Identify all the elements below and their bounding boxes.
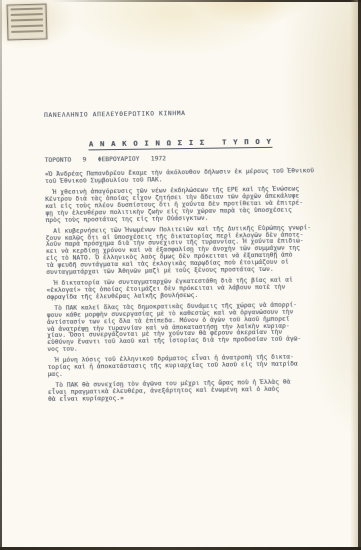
paragraph: Ἡ μόνη λύσις τοῦ ἑλληνικοῦ δράματος εἶνα… [47,354,335,379]
paragraph: Αἱ κυβερνήσεις τῶν Ἡνωμένων Πολιτειῶν κα… [46,225,335,277]
scan-edge-right-shade [350,0,358,550]
scan-edge-left [0,0,2,550]
document-body: «Ὁ Ἀνδρέας Παπανδρέου ἔκαμε τὴν ἀκόλουθο… [45,168,336,404]
text-line: συνταγματάρχαι τῶν Ἀθηνῶν μαζὶ μὲ τοὺς ξ… [46,266,334,277]
archive-stamp [7,3,48,40]
press-release-title: Α Ν Α Κ Ο Ι Ν Ω Σ Ι Σ Τ Υ Π Ο Υ [89,137,272,151]
scan-edge-top [0,0,361,2]
organization-name: ΠΑΝΕΛΛΗΝΙΟ ΑΠΕΛΕΥΘΕΡΩΤΙΚΟ ΚΙΝΗΜΑ [44,108,332,119]
paragraph: «Ὁ Ἀνδρέας Παπανδρέου ἔκαμε τὴν ἀκόλουθο… [45,168,333,186]
paragraph: Τὸ ΠΑΚ καλεῖ ὅλας τὰς δημοκρατικὰς δυνάμ… [47,302,336,354]
title-row: Α Ν Α Κ Ο Ι Ν Ω Σ Ι Σ Τ Υ Π Ο Υ [36,128,324,151]
text-line: σφραγῖδα τῆς ἐλευθέρας λαϊκῆς βουλήσεως. [46,291,334,302]
scanned-document-page: ΠΑΝΕΛΛΗΝΙΟ ΑΠΕΛΕΥΘΕΡΩΤΙΚΟ ΚΙΝΗΜΑ Α Ν Α Κ… [0,0,361,550]
stamp-text-lines [11,8,44,37]
paragraph: Τὸ ΠΑΚ θὰ συνεχίσῃ τὸν ἀγῶνα του μέχρι τ… [48,379,336,404]
paragraph: Ἡ χθεσινὴ ἀπαγόρευσις τῶν νέων ἐκδηλώσεω… [45,186,333,224]
typewritten-text-block: ΠΑΝΕΛΛΗΝΙΟ ΑΠΕΛΕΥΘΕΡΩΤΙΚΟ ΚΙΝΗΜΑ Α Ν Α Κ… [44,108,336,408]
paragraph: Ἡ δικτατορία τῶν συνταγματαρχῶν ἐγκατεστ… [46,277,334,302]
dateline: ΤΟΡΟΝΤΟ 9 ΦΕΒΡΟΥΑΡΙΟΥ 1972 [45,153,333,164]
